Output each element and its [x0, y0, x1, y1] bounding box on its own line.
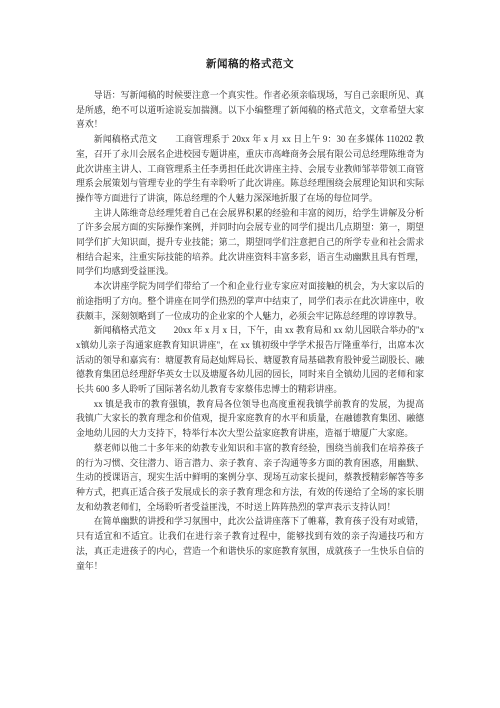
paragraph-closing2: 在简单幽默的讲授和学习氛围中，此次公益讲座落下了帷幕，教育孩子没有对或错，只有适… — [76, 514, 424, 573]
paragraph-intro: 导语：写新闻稿的时候要注意一个真实性。作者必须亲临现场，写自己亲眼所见、真是所感… — [76, 88, 424, 132]
paragraph-lecture: 蔡老师以他二十多年来的幼教专业知识和丰富的教育经验，围绕当前我们在培养孩子的行为… — [76, 441, 424, 515]
document-body: 导语：写新闻稿的时候要注意一个真实性。作者必须亲临现场，写自己亲眼所见、真是所感… — [76, 88, 424, 573]
paragraph-speaker: 主讲人陈维奇总经理凭着自己在会展界积累的经验和丰富的阅历，给学生讲解及分析了许多… — [76, 206, 424, 280]
document-title: 新闻稿的格式范文 — [76, 57, 424, 73]
document-page: 新闻稿的格式范文 导语：写新闻稿的时候要注意一个真实性。作者必须亲临现场，写自己… — [0, 0, 500, 708]
paragraph-sample1-open: 新闻稿格式范文 工商管理系于 20xx 年 x 月 xx 日上午 9：30 在多… — [76, 132, 424, 206]
paragraph-sample2-open: 新闻稿格式范文 20xx 年 x 月 x 日，下午，由 xx 教育局和 xx 幼… — [76, 323, 424, 397]
paragraph-closing1: 本次讲座学院为同学们带给了一个和企业行业专家应对面接触的机会，为大家以后的前途指… — [76, 279, 424, 323]
paragraph-town: xx 镇是我市的教育强镇，教育局各位领导也高度重视我镇学前教育的发展，为提高我镇… — [76, 397, 424, 441]
